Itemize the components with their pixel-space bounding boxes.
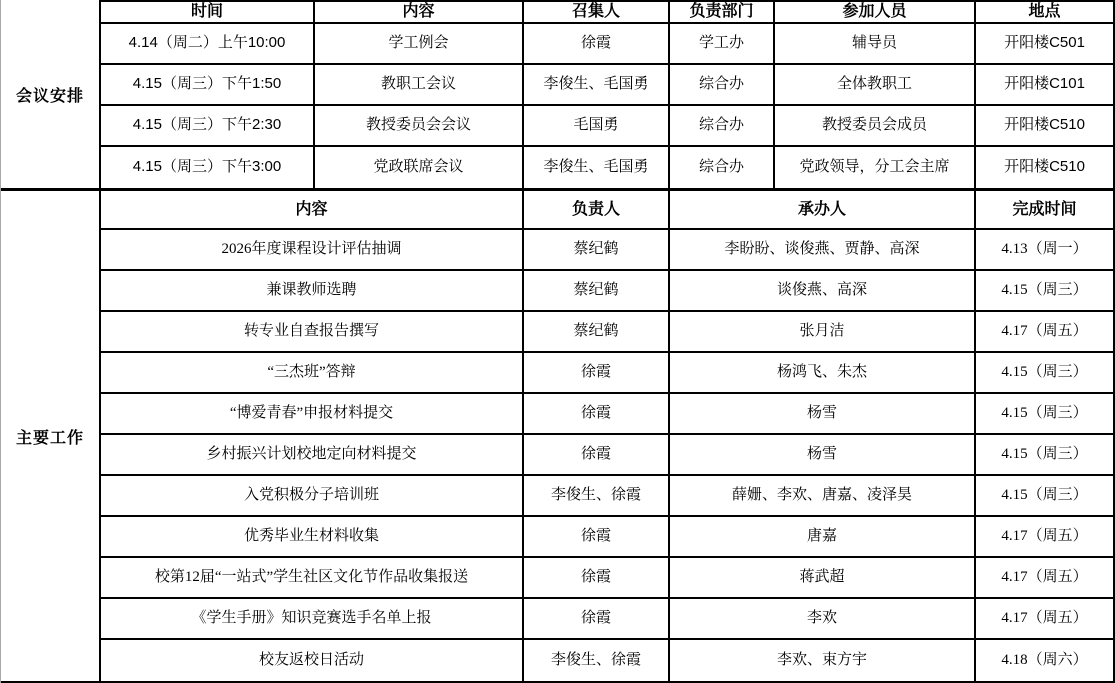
cell-content: 优秀毕业生材料收集 [99, 517, 522, 558]
cell-participants: 全体教职工 [773, 65, 974, 106]
cell-time: 4.15（周三）下午1:50 [99, 65, 313, 106]
cell-undertaker: 杨雪 [668, 394, 974, 435]
section-label-meetings: 会议安排 [1, 0, 99, 188]
cell-content: “三杰班”答辩 [99, 353, 522, 394]
cell-deadline: 4.15（周三） [974, 271, 1113, 312]
cell-owner: 徐霞 [522, 517, 668, 558]
cell-owner: 蔡纪鹤 [522, 271, 668, 312]
cell-undertaker: 李欢 [668, 599, 974, 640]
cell-deadline: 4.17（周五） [974, 558, 1113, 599]
section-meetings: 会议安排 时间 内容 召集人 负责部门 参加人员 地点 4.14（周二）上午10… [1, 0, 1113, 188]
header-content: 内容 [99, 191, 522, 230]
cell-location: 开阳楼C510 [974, 147, 1113, 188]
cell-owner: 徐霞 [522, 394, 668, 435]
cell-location: 开阳楼C510 [974, 106, 1113, 147]
section-label-main-work: 主要工作 [1, 191, 99, 681]
header-undertaker: 承办人 [668, 191, 974, 230]
cell-deadline: 4.17（周五） [974, 517, 1113, 558]
cell-undertaker: 谈俊燕、高深 [668, 271, 974, 312]
cell-owner: 李俊生、徐霞 [522, 476, 668, 517]
cell-owner: 徐霞 [522, 435, 668, 476]
cell-time: 4.15（周三）下午3:00 [99, 147, 313, 188]
header-participants: 参加人员 [773, 0, 974, 24]
cell-deadline: 4.17（周五） [974, 599, 1113, 640]
cell-owner: 徐霞 [522, 558, 668, 599]
header-content: 内容 [313, 0, 522, 24]
cell-location: 开阳楼C101 [974, 65, 1113, 106]
cell-undertaker: 唐嘉 [668, 517, 974, 558]
cell-owner: 蔡纪鹤 [522, 230, 668, 271]
header-owner: 负责人 [522, 191, 668, 230]
cell-undertaker: 张月洁 [668, 312, 974, 353]
cell-undertaker: 李欢、束方宇 [668, 640, 974, 681]
cell-department: 综合办 [668, 106, 773, 147]
section-main-work: 主要工作 内容 负责人 承办人 完成时间 2026年度课程设计评估抽调 蔡纪鹤 … [1, 188, 1113, 683]
cell-time: 4.15（周三）下午2:30 [99, 106, 313, 147]
cell-owner: 徐霞 [522, 599, 668, 640]
schedule-table: 会议安排 时间 内容 召集人 负责部门 参加人员 地点 4.14（周二）上午10… [0, 0, 1115, 683]
cell-content: 2026年度课程设计评估抽调 [99, 230, 522, 271]
cell-deadline: 4.17（周五） [974, 312, 1113, 353]
cell-deadline: 4.15（周三） [974, 353, 1113, 394]
cell-deadline: 4.15（周三） [974, 476, 1113, 517]
cell-convener: 李俊生、毛国勇 [522, 65, 668, 106]
cell-content: 《学生手册》知识竞赛选手名单上报 [99, 599, 522, 640]
cell-participants: 党政领导，分工会主席 [773, 147, 974, 188]
cell-content: 转专业自查报告撰写 [99, 312, 522, 353]
cell-content: “博爱青春”申报材料提交 [99, 394, 522, 435]
cell-deadline: 4.18（周六） [974, 640, 1113, 681]
header-convener: 召集人 [522, 0, 668, 24]
cell-content: 校第12届“一站式”学生社区文化节作品收集报送 [99, 558, 522, 599]
cell-undertaker: 蒋武超 [668, 558, 974, 599]
cell-undertaker: 薛姗、李欢、唐嘉、凌泽昊 [668, 476, 974, 517]
cell-owner: 蔡纪鹤 [522, 312, 668, 353]
cell-department: 综合办 [668, 65, 773, 106]
cell-content: 学工例会 [313, 24, 522, 65]
cell-content: 教授委员会会议 [313, 106, 522, 147]
cell-time: 4.14（周二）上午10:00 [99, 24, 313, 65]
cell-content: 入党积极分子培训班 [99, 476, 522, 517]
cell-undertaker: 杨鸿飞、朱杰 [668, 353, 974, 394]
cell-department: 学工办 [668, 24, 773, 65]
cell-owner: 李俊生、徐霞 [522, 640, 668, 681]
cell-content: 党政联席会议 [313, 147, 522, 188]
cell-content: 教职工会议 [313, 65, 522, 106]
cell-undertaker: 杨雪 [668, 435, 974, 476]
cell-convener: 徐霞 [522, 24, 668, 65]
cell-deadline: 4.15（周三） [974, 394, 1113, 435]
header-deadline: 完成时间 [974, 191, 1113, 230]
cell-convener: 李俊生、毛国勇 [522, 147, 668, 188]
cell-department: 综合办 [668, 147, 773, 188]
header-department: 负责部门 [668, 0, 773, 24]
cell-participants: 教授委员会成员 [773, 106, 974, 147]
cell-content: 兼课教师选聘 [99, 271, 522, 312]
cell-content: 校友返校日活动 [99, 640, 522, 681]
cell-content: 乡村振兴计划校地定向材料提交 [99, 435, 522, 476]
header-time: 时间 [99, 0, 313, 24]
cell-deadline: 4.15（周三） [974, 435, 1113, 476]
cell-undertaker: 李盼盼、谈俊燕、贾静、高深 [668, 230, 974, 271]
cell-participants: 辅导员 [773, 24, 974, 65]
cell-convener: 毛国勇 [522, 106, 668, 147]
cell-owner: 徐霞 [522, 353, 668, 394]
cell-location: 开阳楼C501 [974, 24, 1113, 65]
header-location: 地点 [974, 0, 1113, 24]
cell-deadline: 4.13（周一） [974, 230, 1113, 271]
